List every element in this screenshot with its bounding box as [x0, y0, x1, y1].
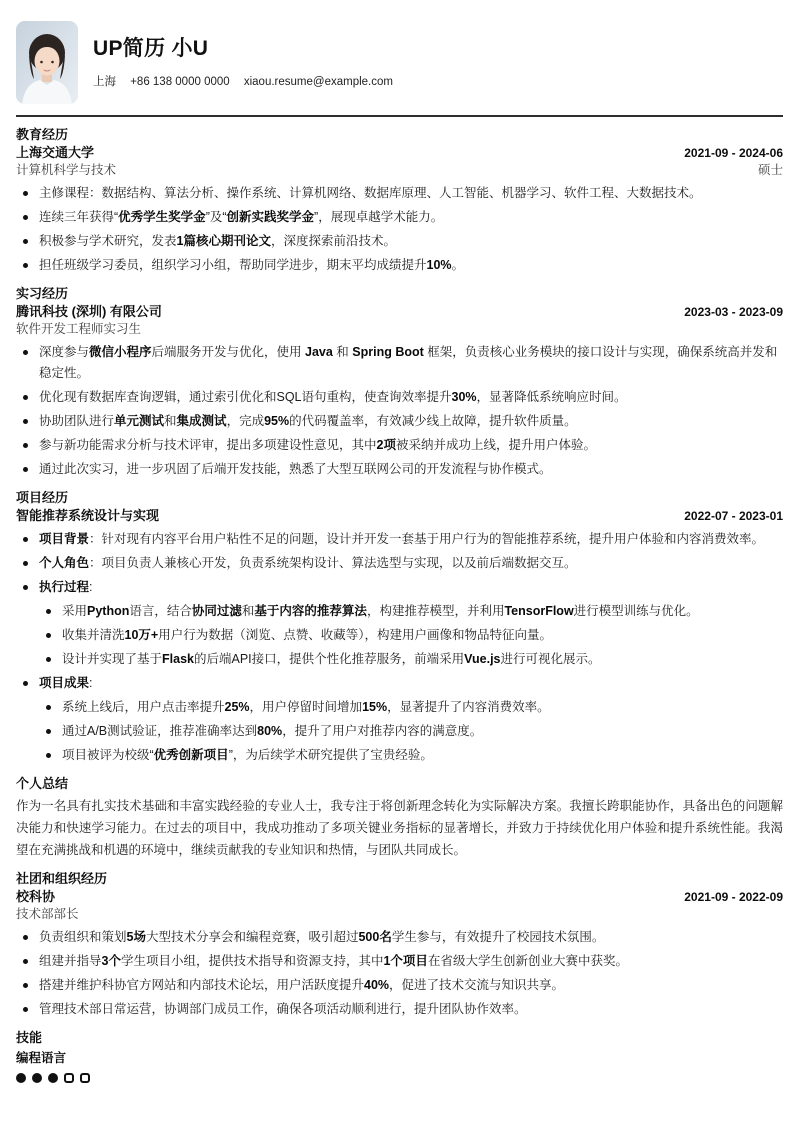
bullet-item: 担任班级学习委员，组织学习小组，帮助同学进步，期末平均成绩提升10%。: [16, 255, 783, 276]
bullet-list: 深度参与微信小程序后端服务开发与优化，使用 Java 和 Spring Boot…: [16, 342, 783, 480]
section-title-summary: 个人总结: [16, 776, 783, 792]
skill-level-dots: [16, 1073, 783, 1083]
bullet-dot-icon: [23, 215, 28, 220]
bold-text: 基于内容的推荐算法: [254, 604, 367, 618]
bold-text: 500名: [358, 930, 391, 944]
contact-email: xiaou.resume@example.com: [244, 76, 393, 88]
entry-header: 智能推荐系统设计与实现2022-07 - 2023-01: [16, 508, 783, 524]
sub-bullet-list: 系统上线后，用户点击率提升25%，用户停留时间增加15%，显著提升了内容消费效率…: [16, 697, 783, 766]
bullet-dot-icon: [23, 585, 28, 590]
bold-text: 集成测试: [177, 414, 227, 428]
bullet-dot-icon: [23, 935, 28, 940]
bullet-item: 参与新功能需求分析与技术评审，提出多项建设性意见，其中2项被采纳并成功上线，提升…: [16, 435, 783, 456]
section-title-skills: 技能: [16, 1030, 783, 1046]
bold-text: 25%: [225, 700, 250, 714]
bullet-list: 项目背景：针对现有内容平台用户粘性不足的问题，设计并开发一套基于用户行为的智能推…: [16, 529, 783, 766]
sub-bullet-item: 设计并实现了基于Flask的后端API接口，提供个性化推荐服务，前端采用Vue.…: [16, 649, 783, 670]
resume-page: UP简历 小U 上海 +86 138 0000 0000 xiaou.resum…: [0, 0, 799, 1083]
entry-subtitle-row: 软件开发工程师实习生: [16, 322, 783, 337]
bold-text: 3个: [102, 954, 121, 968]
bold-text: TensorFlow: [504, 604, 573, 618]
bullet-dot-icon: [46, 705, 51, 710]
skill-group-name: 编程语言: [16, 1050, 783, 1066]
entry-header: 腾讯科技 (深圳) 有限公司2023-03 - 2023-09: [16, 304, 783, 320]
bold-text: 95%: [264, 414, 289, 428]
bold-text: 10%: [427, 258, 452, 272]
sub-bullet-list: 采用Python语言，结合协同过滤和基于内容的推荐算法，构建推荐模型，并利用Te…: [16, 601, 783, 670]
bullet-list: 负责组织和策划5场大型技术分享会和编程竞赛，吸引超过500名学生参与，有效提升了…: [16, 927, 783, 1020]
bullet-text: 项目成果:: [39, 673, 783, 694]
bullet-dot-icon: [23, 681, 28, 686]
resume-sections: 教育经历上海交通大学2021-09 - 2024-06计算机科学与技术硕士主修课…: [16, 127, 783, 1083]
sub-bullet-item: 项目被评为校级“优秀创新项目”，为后续学术研究提供了宝贵经验。: [16, 745, 783, 766]
skill-dot-empty-icon: [80, 1073, 90, 1083]
bullet-text: 通过A/B测试验证，推荐准确率达到80%，提升了用户对推荐内容的满意度。: [62, 721, 783, 742]
bullet-text: 设计并实现了基于Flask的后端API接口，提供个性化推荐服务，前端采用Vue.…: [62, 649, 783, 670]
bullet-item: 积极参与学术研究，发表1篇核心期刊论文，深度探索前沿技术。: [16, 231, 783, 252]
bullet-item: 搭建并维护科协官方网站和内部技术论坛，用户活跃度提升40%，促进了技术交流与知识…: [16, 975, 783, 996]
bullet-item: 个人角色：项目负责人兼核心开发，负责系统架构设计、算法选型与实现，以及前后端数据…: [16, 553, 783, 574]
bullet-text: 参与新功能需求分析与技术评审，提出多项建设性意见，其中2项被采纳并成功上线，提升…: [39, 435, 783, 456]
entry-subtitle: 计算机科学与技术: [16, 163, 116, 178]
bold-text: 1篇核心期刊论文: [177, 234, 271, 248]
header-divider: [16, 115, 783, 117]
bullet-item: 项目背景：针对现有内容平台用户粘性不足的问题，设计并开发一套基于用户行为的智能推…: [16, 529, 783, 550]
bullet-text: 协助团队进行单元测试和集成测试，完成95%的代码覆盖率，有效减少线上故障，提升软…: [39, 411, 783, 432]
entry-header: 校科协2021-09 - 2022-09: [16, 889, 783, 905]
bullet-text: 优化现有数据库查询逻辑，通过索引优化和SQL语句重构，使查询效率提升30%，显著…: [39, 387, 783, 408]
section-organizations: 社团和组织经历校科协2021-09 - 2022-09技术部部长负责组织和策划5…: [16, 871, 783, 1020]
sub-bullet-item: 系统上线后，用户点击率提升25%，用户停留时间增加15%，显著提升了内容消费效率…: [16, 697, 783, 718]
bold-text: 创新实践奖学金: [227, 210, 315, 224]
bullet-dot-icon: [23, 467, 28, 472]
bullet-dot-icon: [23, 419, 28, 424]
bullet-text: 执行过程:: [39, 577, 783, 598]
bullet-text: 积极参与学术研究，发表1篇核心期刊论文，深度探索前沿技术。: [39, 231, 783, 252]
bullet-text: 项目背景：针对现有内容平台用户粘性不足的问题，设计并开发一套基于用户行为的智能推…: [39, 529, 783, 550]
skill-dot-filled-icon: [16, 1073, 26, 1083]
entry-subtitle: 技术部部长: [16, 907, 79, 922]
bullet-item: 优化现有数据库查询逻辑，通过索引优化和SQL语句重构，使查询效率提升30%，显著…: [16, 387, 783, 408]
entry-subtitle: 软件开发工程师实习生: [16, 322, 141, 337]
bullet-item: 通过此次实习，进一步巩固了后端开发技能，熟悉了大型互联网公司的开发流程与协作模式…: [16, 459, 783, 480]
candidate-name: UP简历 小U: [93, 32, 404, 62]
bullet-text: 深度参与微信小程序后端服务开发与优化，使用 Java 和 Spring Boot…: [39, 342, 783, 384]
bullet-dot-icon: [46, 657, 51, 662]
bold-text: 单元测试: [114, 414, 164, 428]
bold-text: 执行过程: [39, 580, 89, 594]
bullet-text: 主修课程：数据结构、算法分析、操作系统、计算机网络、数据库原理、人工智能、机器学…: [39, 183, 783, 204]
bullet-list: 主修课程：数据结构、算法分析、操作系统、计算机网络、数据库原理、人工智能、机器学…: [16, 183, 783, 276]
bullet-dot-icon: [23, 263, 28, 268]
section-title-education: 教育经历: [16, 127, 783, 143]
bullet-item: 连续三年获得“优秀学生奖学金”及“创新实践奖学金”，展现卓越学术能力。: [16, 207, 783, 228]
bullet-text: 项目被评为校级“优秀创新项目”，为后续学术研究提供了宝贵经验。: [62, 745, 783, 766]
bold-text: Vue.js: [464, 652, 500, 666]
bullet-dot-icon: [23, 350, 28, 355]
bullet-item: 项目成果:: [16, 673, 783, 694]
header-text-group: UP简历 小U 上海 +86 138 0000 0000 xiaou.resum…: [93, 21, 404, 89]
bullet-text: 收集并清洗10万+用户行为数据（浏览、点赞、收藏等），构建用户画像和物品特征向量…: [62, 625, 783, 646]
bullet-dot-icon: [23, 537, 28, 542]
summary-paragraph: 作为一名具有扎实技术基础和丰富实践经验的专业人士，我专注于将创新理念转化为实际解…: [16, 795, 783, 861]
resume-header: UP简历 小U 上海 +86 138 0000 0000 xiaou.resum…: [16, 21, 783, 104]
bullet-dot-icon: [23, 191, 28, 196]
skill-dot-empty-icon: [64, 1073, 74, 1083]
bold-text: Flask: [162, 652, 194, 666]
bullet-dot-icon: [46, 633, 51, 638]
bold-text: 80%: [257, 724, 282, 738]
section-summary: 个人总结作为一名具有扎实技术基础和丰富实践经验的专业人士，我专注于将创新理念转化…: [16, 776, 783, 861]
entry-name: 智能推荐系统设计与实现: [16, 508, 159, 524]
contact-info: 上海 +86 138 0000 0000 xiaou.resume@exampl…: [93, 73, 404, 89]
section-education: 教育经历上海交通大学2021-09 - 2024-06计算机科学与技术硕士主修课…: [16, 127, 783, 276]
entry-name: 校科协: [16, 889, 55, 905]
entry-date: 2021-09 - 2022-09: [684, 889, 783, 905]
bold-text: 10万+: [125, 628, 159, 642]
bullet-text: 担任班级学习委员，组织学习小组，帮助同学进步，期末平均成绩提升10%。: [39, 255, 783, 276]
skill-dot-filled-icon: [32, 1073, 42, 1083]
entry-subtitle-row: 技术部部长: [16, 907, 783, 922]
bullet-dot-icon: [23, 561, 28, 566]
bold-text: 30%: [452, 390, 477, 404]
bullet-item: 执行过程:: [16, 577, 783, 598]
bullet-dot-icon: [23, 239, 28, 244]
profile-photo-illustration: [16, 21, 78, 104]
section-internship: 实习经历腾讯科技 (深圳) 有限公司2023-03 - 2023-09软件开发工…: [16, 286, 783, 480]
section-title-organizations: 社团和组织经历: [16, 871, 783, 887]
bullet-dot-icon: [46, 609, 51, 614]
bullet-text: 负责组织和策划5场大型技术分享会和编程竞赛，吸引超过500名学生参与，有效提升了…: [39, 927, 783, 948]
bold-text: 微信小程序: [89, 345, 152, 359]
bullet-dot-icon: [23, 1007, 28, 1012]
bullet-text: 组建并指导3个学生项目小组，提供技术指导和资源支持，其中1个项目在省级大学生创新…: [39, 951, 783, 972]
sub-bullet-item: 通过A/B测试验证，推荐准确率达到80%，提升了用户对推荐内容的满意度。: [16, 721, 783, 742]
section-title-internship: 实习经历: [16, 286, 783, 302]
bold-text: Java: [305, 345, 333, 359]
bullet-dot-icon: [46, 753, 51, 758]
sub-bullet-item: 收集并清洗10万+用户行为数据（浏览、点赞、收藏等），构建用户画像和物品特征向量…: [16, 625, 783, 646]
bold-text: 40%: [364, 978, 389, 992]
bold-text: 2项: [377, 438, 396, 452]
bullet-text: 管理技术部日常运营，协调部门成员工作，确保各项活动顺利进行，提升团队协作效率。: [39, 999, 783, 1020]
entry-degree: 硕士: [758, 163, 783, 178]
sub-bullet-wrapper: 采用Python语言，结合协同过滤和基于内容的推荐算法，构建推荐模型，并利用Te…: [16, 601, 783, 670]
bullet-text: 连续三年获得“优秀学生奖学金”及“创新实践奖学金”，展现卓越学术能力。: [39, 207, 783, 228]
bullet-text: 采用Python语言，结合协同过滤和基于内容的推荐算法，构建推荐模型，并利用Te…: [62, 601, 783, 622]
bullet-item: 深度参与微信小程序后端服务开发与优化，使用 Java 和 Spring Boot…: [16, 342, 783, 384]
profile-photo: [16, 21, 78, 104]
bullet-item: 协助团队进行单元测试和集成测试，完成95%的代码覆盖率，有效减少线上故障，提升软…: [16, 411, 783, 432]
bold-text: Spring Boot: [352, 345, 424, 359]
bullet-item: 负责组织和策划5场大型技术分享会和编程竞赛，吸引超过500名学生参与，有效提升了…: [16, 927, 783, 948]
bold-text: 项目成果: [39, 676, 89, 690]
bullet-item: 主修课程：数据结构、算法分析、操作系统、计算机网络、数据库原理、人工智能、机器学…: [16, 183, 783, 204]
bold-text: 优秀学生奖学金: [118, 210, 206, 224]
bullet-text: 个人角色：项目负责人兼核心开发，负责系统架构设计、算法选型与实现，以及前后端数据…: [39, 553, 783, 574]
skill-dot-filled-icon: [48, 1073, 58, 1083]
sub-bullet-wrapper: 系统上线后，用户点击率提升25%，用户停留时间增加15%，显著提升了内容消费效率…: [16, 697, 783, 766]
bullet-item: 组建并指导3个学生项目小组，提供技术指导和资源支持，其中1个项目在省级大学生创新…: [16, 951, 783, 972]
bold-text: Python: [87, 604, 129, 618]
bold-text: 协同过滤: [192, 604, 242, 618]
bullet-dot-icon: [23, 443, 28, 448]
bullet-text: 通过此次实习，进一步巩固了后端开发技能，熟悉了大型互联网公司的开发流程与协作模式…: [39, 459, 783, 480]
sub-bullet-item: 采用Python语言，结合协同过滤和基于内容的推荐算法，构建推荐模型，并利用Te…: [16, 601, 783, 622]
bold-text: 15%: [362, 700, 387, 714]
section-projects: 项目经历智能推荐系统设计与实现2022-07 - 2023-01项目背景：针对现…: [16, 490, 783, 766]
bold-text: 优秀创新项目: [154, 748, 229, 762]
contact-location: 上海: [93, 76, 116, 88]
entry-date: 2023-03 - 2023-09: [684, 304, 783, 320]
bullet-text: 搭建并维护科协官方网站和内部技术论坛，用户活跃度提升40%，促进了技术交流与知识…: [39, 975, 783, 996]
bullet-dot-icon: [23, 959, 28, 964]
bold-text: 1个项目: [383, 954, 427, 968]
bold-text: 项目背景: [39, 532, 89, 546]
section-skills: 技能编程语言: [16, 1030, 783, 1083]
bullet-text: 系统上线后，用户点击率提升25%，用户停留时间增加15%，显著提升了内容消费效率…: [62, 697, 783, 718]
bullet-dot-icon: [46, 729, 51, 734]
entry-date: 2021-09 - 2024-06: [684, 145, 783, 161]
bold-text: 5场: [127, 930, 146, 944]
section-title-projects: 项目经历: [16, 490, 783, 506]
bold-text: 个人角色: [39, 556, 89, 570]
bullet-item: 管理技术部日常运营，协调部门成员工作，确保各项活动顺利进行，提升团队协作效率。: [16, 999, 783, 1020]
entry-date: 2022-07 - 2023-01: [684, 508, 783, 524]
entry-name: 上海交通大学: [16, 145, 94, 161]
entry-header: 上海交通大学2021-09 - 2024-06: [16, 145, 783, 161]
entry-subtitle-row: 计算机科学与技术硕士: [16, 163, 783, 178]
entry-name: 腾讯科技 (深圳) 有限公司: [16, 304, 162, 320]
bullet-dot-icon: [23, 395, 28, 400]
bullet-dot-icon: [23, 983, 28, 988]
contact-phone: +86 138 0000 0000: [130, 76, 229, 88]
